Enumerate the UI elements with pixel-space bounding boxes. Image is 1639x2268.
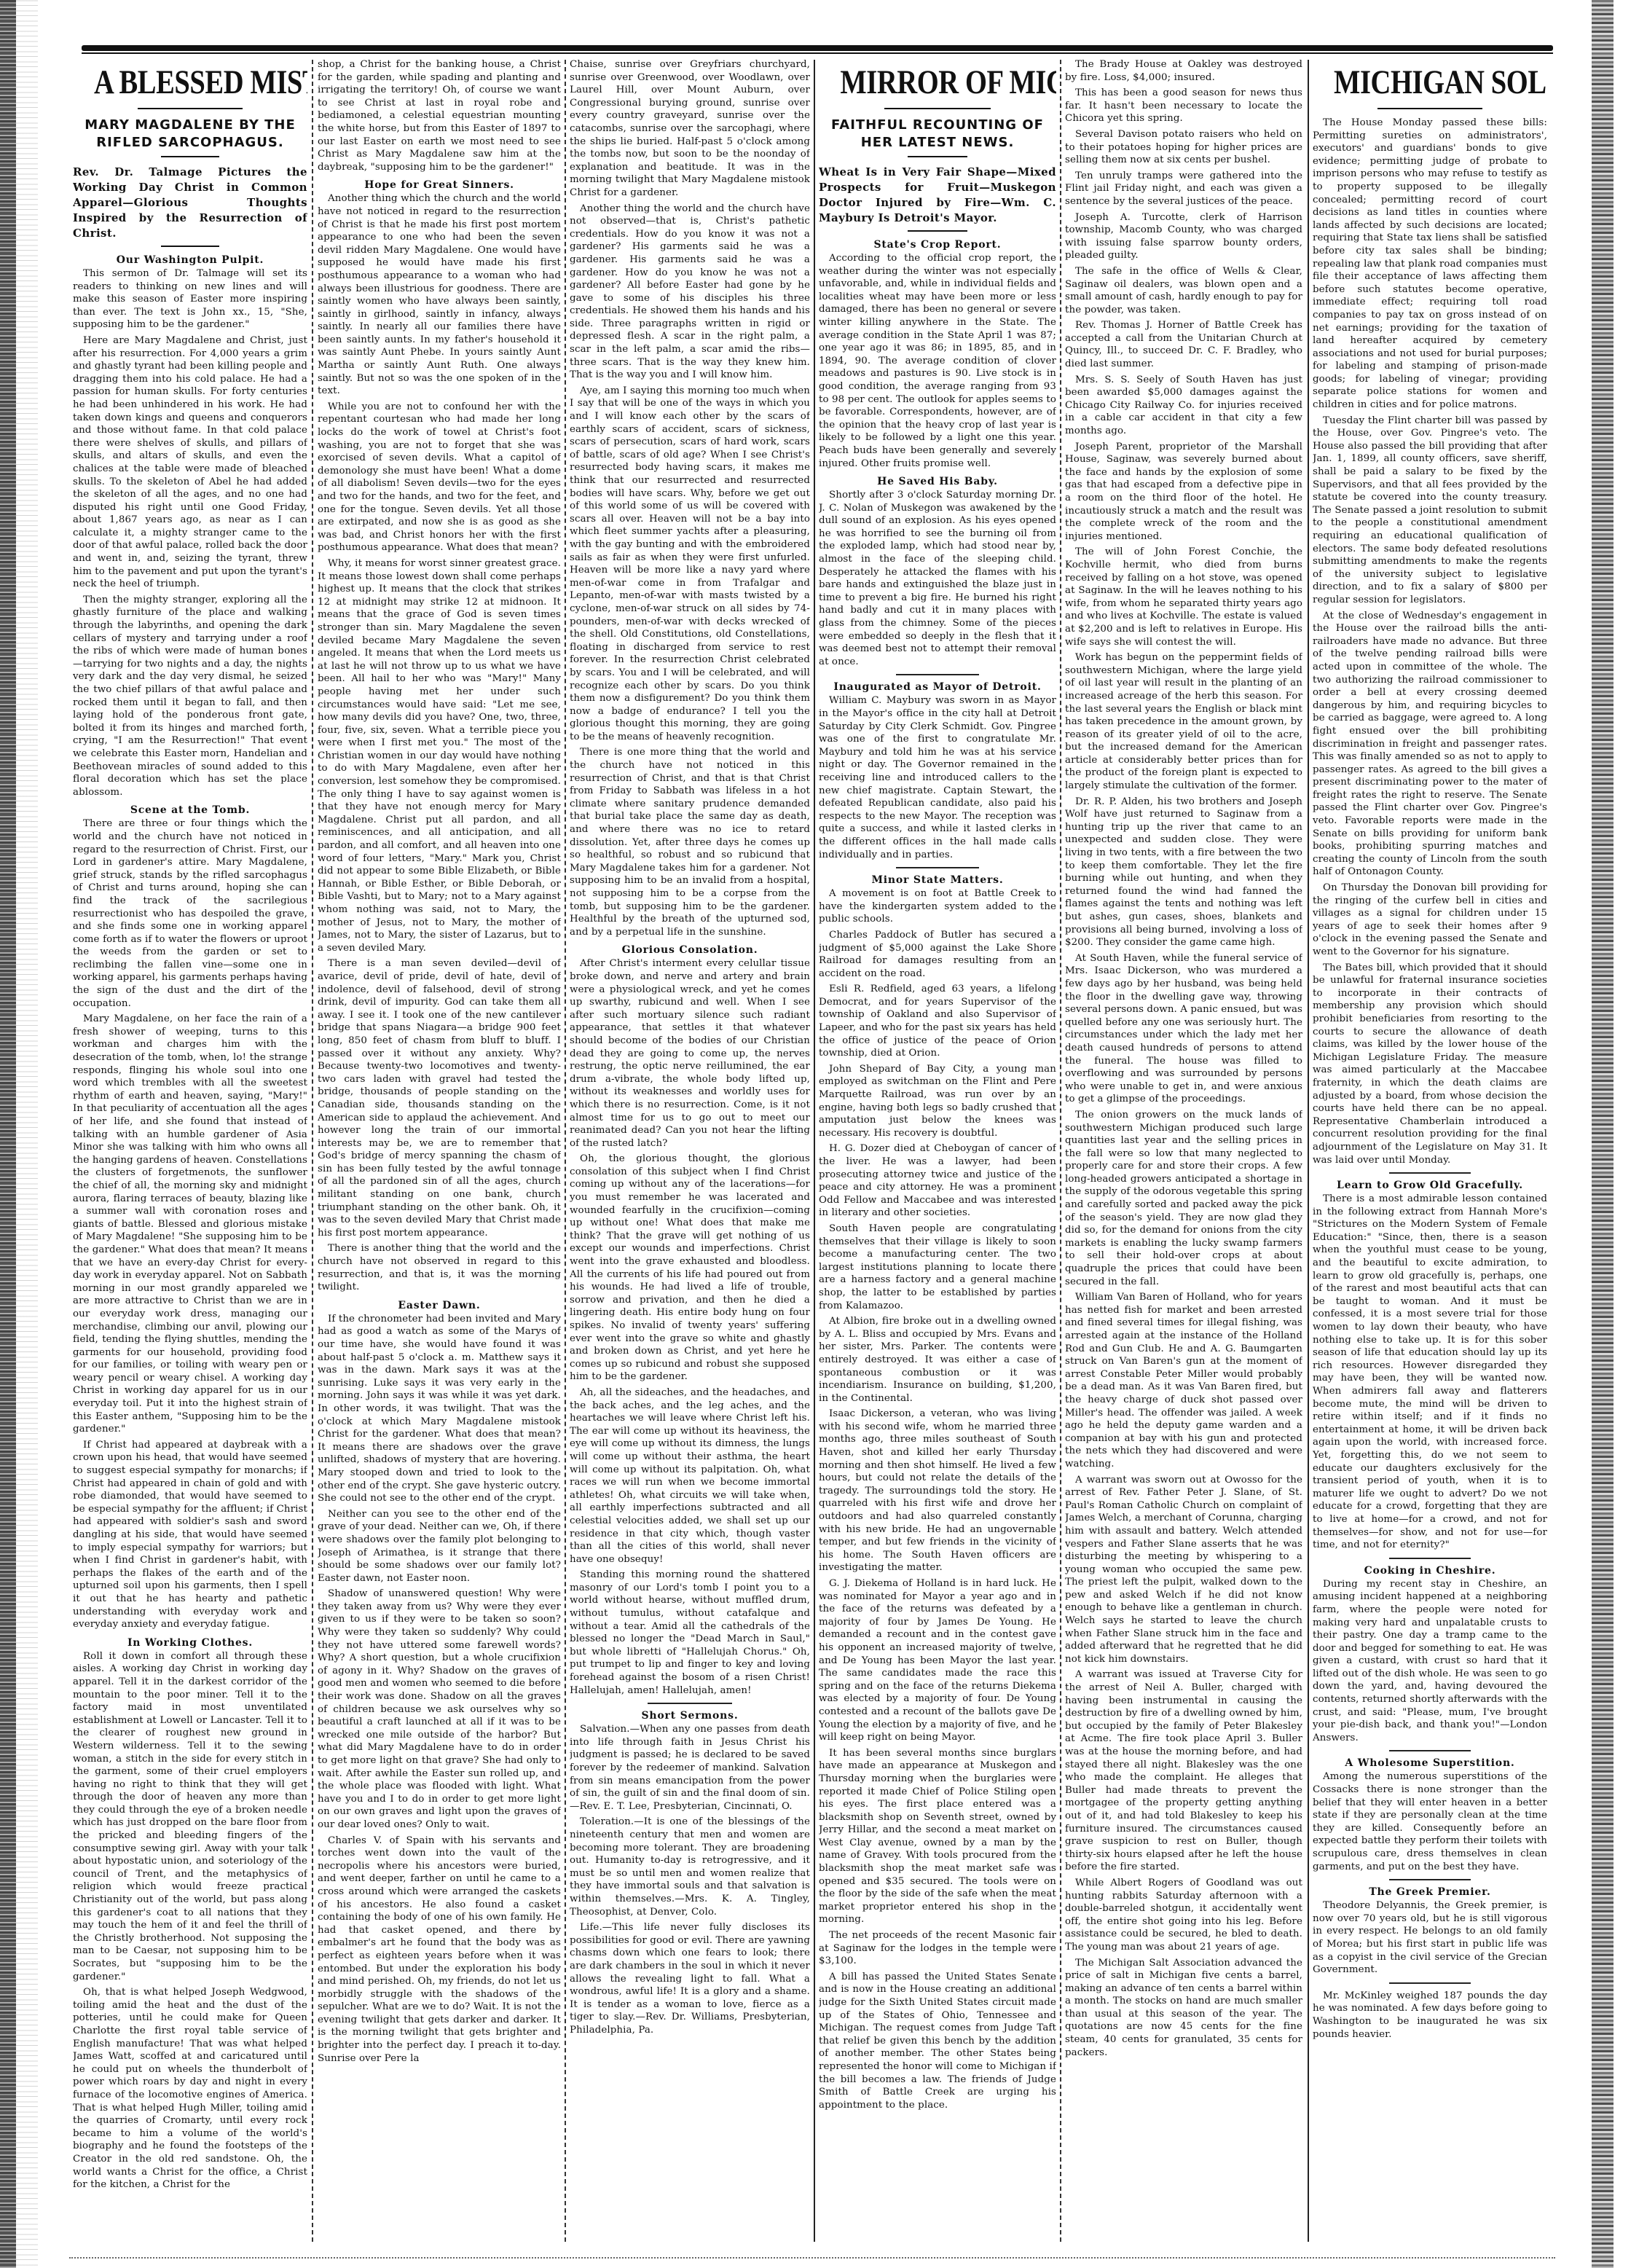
article-continuation-3: Chaise, sunrise over Greyfriars churchya… xyxy=(570,58,810,2244)
section-heading: A Wholesome Superstition. xyxy=(1313,1757,1547,1769)
rule xyxy=(1389,1558,1471,1559)
paragraph: John Shepard of Bay City, a young man em… xyxy=(819,1063,1056,1140)
column-divider xyxy=(1060,60,1061,2242)
section-heading: Glorious Consolation. xyxy=(570,944,810,956)
column-divider xyxy=(1308,60,1309,2242)
section-heading: He Saved His Baby. xyxy=(819,476,1056,487)
rule xyxy=(161,246,220,247)
section-heading: Our Washington Pulpit. xyxy=(73,254,307,266)
paragraph: Among the numerous superstitions of the … xyxy=(1313,1770,1547,1873)
top-rule-thin xyxy=(82,52,1553,54)
paragraph: Mrs. S. S. Seely of South Haven has just… xyxy=(1065,374,1302,438)
rule xyxy=(884,108,991,109)
paragraph: Shortly after 3 o'clock Saturday morning… xyxy=(819,489,1056,668)
headline: A BLESSED MISTAKE. xyxy=(94,63,286,102)
paragraph: While Albert Rogers of Goodland was out … xyxy=(1065,1877,1302,1954)
paragraph: Ah, all the sideaches, and the headaches… xyxy=(570,1386,810,1566)
paragraph: Joseph A. Turcotte, clerk of Harrison to… xyxy=(1065,211,1302,262)
paragraph: Work has begun on the peppermint fields … xyxy=(1065,651,1302,793)
section-heading: In Working Clothes. xyxy=(73,1637,307,1649)
article-continuation-2: shop, a Christ for the banking house, a … xyxy=(318,58,561,2244)
paragraph: Roll it down in comfort all through thes… xyxy=(73,1650,307,1983)
paragraph: Theodore Delyannis, the Greek premier, i… xyxy=(1313,1899,1547,1977)
paragraph: Toleration.—It is one of the blessings o… xyxy=(570,1816,810,1918)
paragraph: A warrant was sworn out at Owosso for th… xyxy=(1065,1474,1302,1666)
paragraph: The Michigan Salt Association advanced t… xyxy=(1065,1957,1302,2060)
article-michigan-briefs: The Brady House at Oakley was destroyed … xyxy=(1065,58,1302,2244)
paragraph: There is a most admirable lesson contain… xyxy=(1313,1193,1547,1552)
paragraph: The Brady House at Oakley was destroyed … xyxy=(1065,58,1302,84)
paragraph: South Haven people are congratulating th… xyxy=(819,1223,1056,1312)
paragraph: Joseph Parent, proprietor of the Marshal… xyxy=(1065,441,1302,544)
section-heading: Minor State Matters. xyxy=(819,874,1056,886)
rule xyxy=(161,156,220,157)
paragraph: Several Davison potato raisers who held … xyxy=(1065,128,1302,167)
paragraph: Aye, am I saying this morning too much w… xyxy=(570,385,810,744)
paragraph: If the chronometer had been invited and … xyxy=(318,1313,561,1505)
paragraph: Tuesday the Flint charter bill was passe… xyxy=(1313,415,1547,607)
paragraph: According to the official crop report, t… xyxy=(819,252,1056,470)
paragraph: During my recent stay in Cheshire, an am… xyxy=(1313,1578,1547,1745)
paragraph: Another thing which the church and the w… xyxy=(318,192,561,398)
headline: MICHIGAN SOLONS. xyxy=(1334,63,1526,102)
paragraph: This sermon of Dr. Talmage will set its … xyxy=(73,267,307,331)
paragraph: G. J. Diekema of Holland is in hard luck… xyxy=(819,1577,1056,1744)
rule xyxy=(1389,1750,1471,1751)
paragraph: The onion growers on the muck lands of s… xyxy=(1065,1109,1302,1288)
rule xyxy=(1389,1982,1471,1984)
paragraph: Here are Mary Magdalene and Christ, just… xyxy=(73,334,307,591)
scan-margin-right xyxy=(1614,0,1639,2268)
paragraph: There is another thing that the world an… xyxy=(318,1242,561,1293)
paragraph: Rev. Thomas J. Horner of Battle Creek ha… xyxy=(1065,319,1302,370)
paragraph: Chaise, sunrise over Greyfriars churchya… xyxy=(570,58,810,200)
rule xyxy=(1389,1879,1471,1880)
paragraph: After Christ's interment every celullar … xyxy=(570,957,810,1150)
paragraph: Charles V. of Spain with his servants an… xyxy=(318,1835,561,2065)
paragraph: It has been several months since burglar… xyxy=(819,1747,1056,1926)
headline: MIRROR OF MICHIGAN xyxy=(840,63,1034,102)
rule xyxy=(908,230,967,232)
paragraph: Then the mighty stranger, exploring all … xyxy=(73,594,307,799)
article-michigan-solons: MICHIGAN SOLONS. The House Monday passed… xyxy=(1313,58,1547,2244)
paragraph: Esli R. Redfield, aged 63 years, a lifel… xyxy=(819,983,1056,1060)
paragraph: Another thing the world and the church h… xyxy=(570,203,810,382)
bottom-rule xyxy=(69,2257,1555,2259)
paragraph: The net proceeds of the recent Masonic f… xyxy=(819,1929,1056,1968)
paragraph: At South Haven, while the funeral servic… xyxy=(1065,952,1302,1106)
rule xyxy=(908,156,967,157)
paragraph: H. G. Dozer died at Cheboygan of cancer … xyxy=(819,1142,1056,1220)
column-divider xyxy=(814,60,815,2242)
paragraph: Mary Magdalene, on her face the rain of … xyxy=(73,1013,307,1436)
paragraph: On Thursday the Donovan bill providing f… xyxy=(1313,882,1547,959)
paragraph: The will of John Forest Conchie, the Koc… xyxy=(1065,546,1302,648)
paragraph: There are three or four things which the… xyxy=(73,817,307,1010)
paragraph: Dr. R. P. Alden, his two brothers and Jo… xyxy=(1065,796,1302,949)
paragraph: At the close of Wednesday's engagement i… xyxy=(1313,610,1547,879)
section-heading: The Greek Premier. xyxy=(1313,1886,1547,1898)
rule xyxy=(138,108,243,109)
paragraph: This has been a good season for news thu… xyxy=(1065,87,1302,125)
paragraph: Isaac Dickerson, a veteran, who was livi… xyxy=(819,1408,1056,1574)
section-heading: Easter Dawn. xyxy=(318,1300,561,1311)
rule xyxy=(896,674,979,675)
article-mirror-of-michigan: MIRROR OF MICHIGAN FAITHFUL RECOUNTING O… xyxy=(819,58,1056,2244)
paragraph: The safe in the office of Wells & Clear,… xyxy=(1065,265,1302,316)
paragraph: There is one more thing that the world a… xyxy=(570,746,810,938)
scan-edge-right xyxy=(1592,0,1614,2268)
subhead: MARY MAGDALENE BY THE RIFLED SARCOPHAGUS… xyxy=(73,117,307,152)
paragraph: Salvation.—When any one passes from deat… xyxy=(570,1723,810,1813)
paragraph: Ten unruly tramps were gathered into the… xyxy=(1065,170,1302,208)
paragraph: There is a man seven deviled—devil of av… xyxy=(318,957,561,1239)
paragraph: Mr. McKinley weighed 187 pounds the day … xyxy=(1313,1990,1547,2041)
paragraph: Neither can you see to the other end of … xyxy=(318,1508,561,1585)
article-blessed-mistake: A BLESSED MISTAKE. MARY MAGDALENE BY THE… xyxy=(73,58,307,2244)
section-heading: Learn to Grow Old Gracefully. xyxy=(1313,1180,1547,1191)
rule xyxy=(896,867,979,868)
rule xyxy=(1389,1172,1471,1174)
paragraph: shop, a Christ for the banking house, a … xyxy=(318,58,561,173)
paragraph: Life.—This life never fully discloses it… xyxy=(570,1921,810,2036)
section-heading: Short Sermons. xyxy=(570,1710,810,1722)
section-heading: Inaugurated as Mayor of Detroit. xyxy=(819,681,1056,693)
paragraph: A warrant was issued at Traverse City fo… xyxy=(1065,1668,1302,1874)
paragraph: At Albion, fire broke out in a dwelling … xyxy=(819,1315,1056,1405)
subhead: FAITHFUL RECOUNTING OF HER LATEST NEWS. xyxy=(819,117,1056,152)
paragraph: Oh, that is what helped Joseph Wedgwood,… xyxy=(73,1986,307,2192)
paragraph: Standing this morning round the shattere… xyxy=(570,1569,810,1697)
section-heading: Scene at the Tomb. xyxy=(73,804,307,816)
paragraph: A movement is on foot at Battle Creek to… xyxy=(819,887,1056,926)
column-divider xyxy=(312,60,313,2242)
paragraph: Why, it means for worst sinner greatest … xyxy=(318,557,561,954)
rule xyxy=(1377,108,1483,109)
column-divider xyxy=(565,60,566,2242)
section-heading: Hope for Great Sinners. xyxy=(318,179,561,191)
deck: Rev. Dr. Talmage Pictures the Working Da… xyxy=(73,165,307,241)
paragraph: While you are not to confound her with t… xyxy=(318,401,561,554)
deck: Wheat Is in Very Fair Shape—Mixed Prospe… xyxy=(819,165,1056,226)
paragraph: Shadow of unanswered question! Why were … xyxy=(318,1588,561,1831)
section-heading: Cooking in Cheshire. xyxy=(1313,1565,1547,1577)
paragraph: If Christ had appeared at daybreak with … xyxy=(73,1439,307,1631)
paragraph: Oh, the glorious thought, the glorious c… xyxy=(570,1153,810,1384)
paragraph: The House Monday passed these bills: Per… xyxy=(1313,117,1547,412)
paragraph: William C. Maybury was sworn in as Mayor… xyxy=(819,694,1056,861)
paragraph: The Bates bill, which provided that it s… xyxy=(1313,962,1547,1167)
top-rule xyxy=(82,45,1553,51)
paragraph: William Van Baren of Holland, who for ye… xyxy=(1065,1291,1302,1470)
scan-edge-left xyxy=(0,0,16,2268)
paragraph: Charles Paddock of Butler has secured a … xyxy=(819,929,1056,980)
rule xyxy=(648,1703,732,1704)
scan-edge-left-speckle xyxy=(16,0,38,2268)
section-heading: State's Crop Report. xyxy=(819,239,1056,251)
paragraph: A bill has passed the United States Sena… xyxy=(819,1971,1056,2112)
